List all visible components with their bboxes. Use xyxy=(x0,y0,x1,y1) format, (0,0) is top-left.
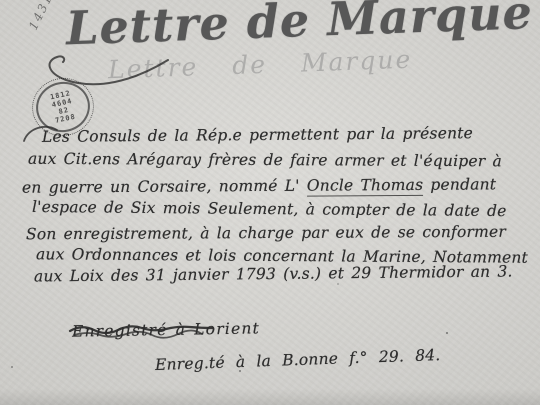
body-line-3-pre: en guerre un Corsaire, nommé L' xyxy=(22,177,307,197)
struck-registration-line: Enregistré à Lorient xyxy=(72,319,260,341)
body-line-7: aux Loix des 31 janvier 1793 (v.s.) et 2… xyxy=(34,262,513,286)
body-line-2: aux Cit.ens Arégaray frères de faire arm… xyxy=(28,150,502,171)
archive-number: 1431 xyxy=(26,0,55,32)
body-line-3: en guerre un Corsaire, nommé L' Oncle Th… xyxy=(22,175,496,197)
scanned-document: 1431 1812 4604 82 7208 Lettre de Marque … xyxy=(0,0,540,405)
page-title: Lettre de Marque xyxy=(65,0,491,54)
body-line-5: Son enregistrement, à la charge par eux … xyxy=(26,223,506,244)
body-line-3-post: pendant xyxy=(423,175,496,194)
registration-note: Enreg.té à la B.onne f.° 29. 84. xyxy=(155,346,441,375)
stamp-text: 7208 xyxy=(54,113,76,125)
ship-name-underlined: Oncle Thomas xyxy=(307,176,424,197)
body-line-4: l'espace de Six mois Seulement, à compte… xyxy=(32,198,507,221)
body-line-1: Les Consuls de la Rép.e permettent par l… xyxy=(42,124,473,146)
